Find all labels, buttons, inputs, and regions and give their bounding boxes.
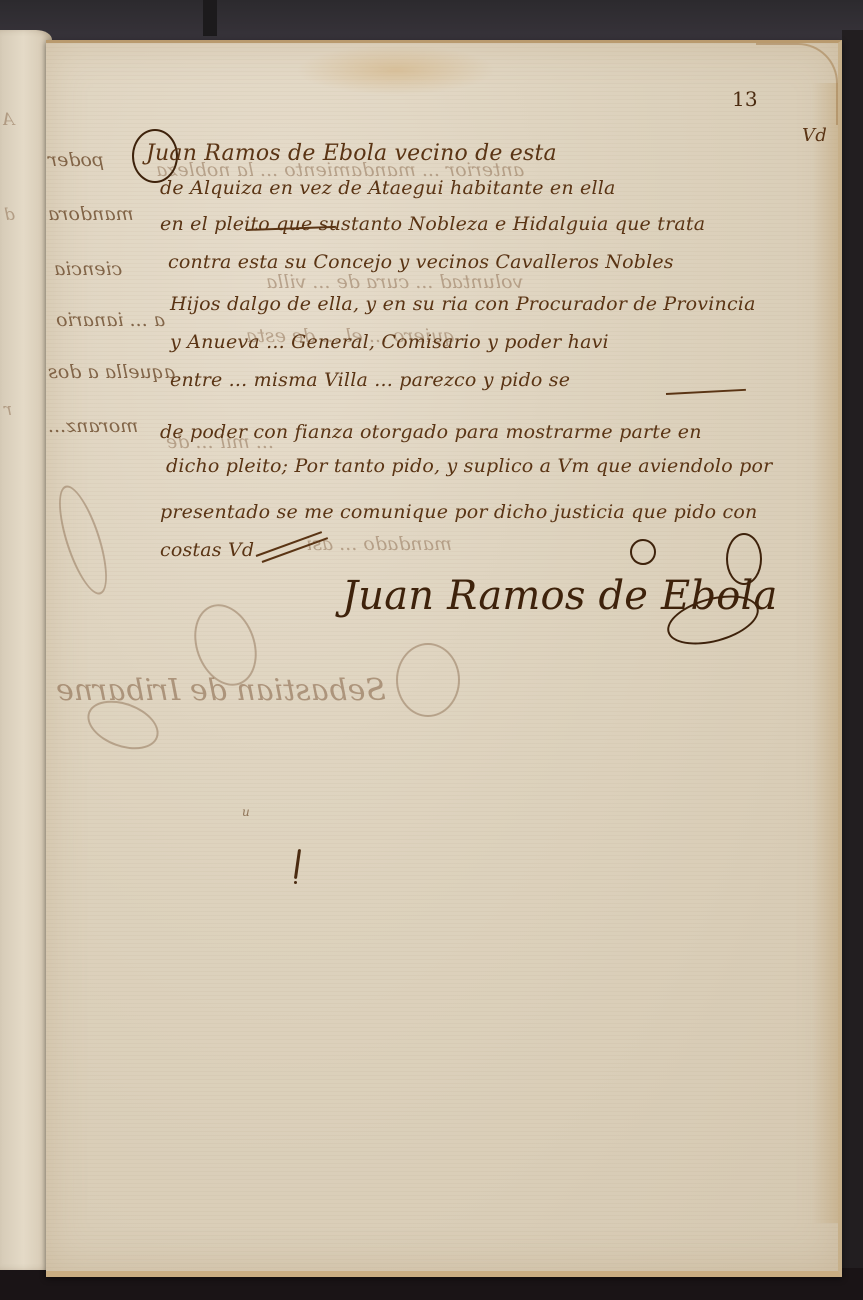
text-line-2: de Alquiza en vez de Ataegui habitante e… (160, 177, 616, 199)
signature-rubric (630, 539, 656, 565)
text-line-5: Hijos dalgo de ella, y en su ria con Pro… (170, 293, 756, 315)
bleed-through-line: voluntad ... cura de ... villa (266, 271, 523, 293)
margin-bleed: aquella a dos (48, 361, 175, 383)
margin-bleed: moranz... (48, 415, 138, 437)
ink-mark-exclamation (294, 849, 301, 879)
margin-bleed: mandora (48, 203, 134, 225)
text-line-7: entre ... misma Villa ... parezco y pido… (170, 369, 570, 391)
bleed-flourish (396, 643, 460, 717)
bleed-through-line: mandado ... asi (306, 533, 452, 555)
page-number: 13 (732, 87, 758, 111)
bleed-flourish (49, 481, 117, 600)
corner-stain (756, 43, 838, 125)
strikethrough (666, 389, 746, 395)
text-line-1: Juan Ramos de Ebola vecino de esta (146, 141, 557, 166)
clip-post (203, 0, 217, 36)
text-line-9: dicho pleito; Por tanto pido, y suplico … (166, 455, 772, 477)
water-stain (296, 45, 496, 95)
signature-rubric (726, 533, 762, 585)
corner-note: Vd (802, 125, 827, 146)
stray-mark: u (242, 805, 250, 819)
manuscript-page: 13 Vd poder mandora ciencia a ... ianari… (46, 40, 842, 1277)
ink-dot (294, 881, 297, 884)
fold-bleed-text: r (4, 400, 12, 420)
margin-bleed: ciencia (54, 258, 122, 280)
fold-bleed-text: d (4, 205, 15, 225)
text-line-11: costas Vd (160, 539, 254, 561)
photo-backdrop-right (842, 30, 863, 1300)
text-line-8: de poder con fianza otorgado para mostra… (160, 421, 702, 443)
text-line-6: y Anueva ... General, Comisario y poder … (170, 331, 609, 353)
text-line-4: contra esta su Concejo y vecinos Cavalle… (168, 251, 674, 273)
edge-stain (812, 83, 838, 1223)
text-line-3: en el pleito que sustanto Nobleza e Hida… (160, 213, 705, 235)
fold-bleed-text: A (2, 110, 14, 130)
binding-fold: A d r (0, 30, 52, 1270)
margin-bleed: poder (48, 149, 104, 171)
photo-backdrop-top (0, 0, 863, 40)
text-line-10: presentado se me comunique por dicho jus… (160, 501, 757, 523)
margin-bleed: a ... ianario (56, 309, 165, 331)
